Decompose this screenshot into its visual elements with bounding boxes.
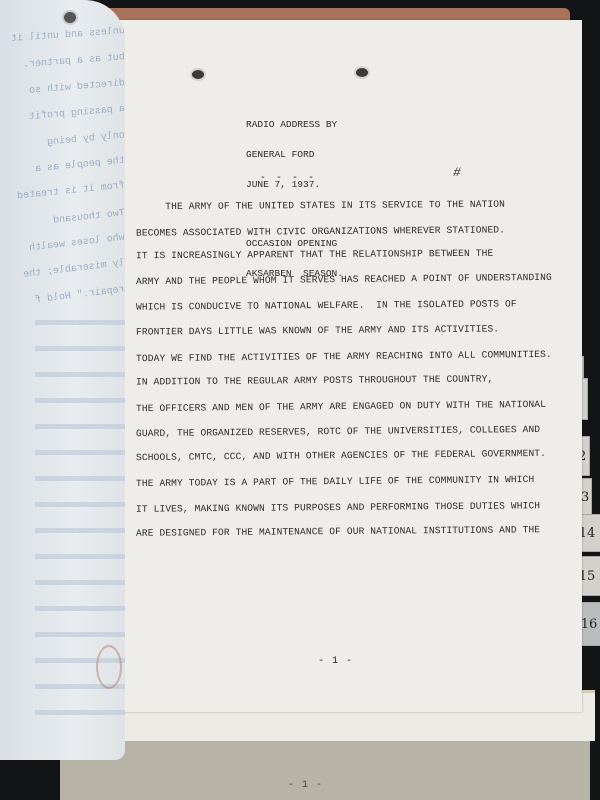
faded-text-line [35, 710, 125, 715]
faded-text-line [35, 580, 125, 585]
faded-text-line [35, 528, 125, 533]
punch-hole [62, 10, 78, 25]
faded-text-line [35, 424, 125, 429]
body-line: FRONTIER DAYS LITTLE WAS KNOWN OF THE AR… [136, 323, 499, 337]
page-number: - 1 - [318, 656, 353, 667]
mirrored-text-line: Two thousand [53, 208, 125, 227]
header-line: RADIO ADDRESS BY [246, 120, 343, 130]
mirrored-text-line: the people as a [35, 156, 125, 176]
faded-text-line [35, 476, 125, 481]
faded-text-line [35, 398, 125, 403]
body-line: ARE DESIGNED FOR THE MAINTENANCE OF OUR … [136, 524, 540, 539]
mirrored-text-line: unless and until it [11, 26, 125, 45]
red-stamp-mark [96, 645, 122, 689]
body-line: THE ARMY OF THE UNITED STATES IN ITS SER… [136, 199, 505, 213]
mirrored-text-line: who loses wealth [29, 233, 125, 255]
body-line: THE OFFICERS AND MEN OF THE ARMY ARE ENG… [136, 399, 546, 414]
body-line: ARMY AND THE PEOPLE WHOM IT SERVES HAS R… [136, 272, 552, 287]
faded-text-line [35, 450, 125, 455]
mirrored-text-line: repair." Hold f [35, 285, 125, 307]
mirrored-text-line: directed with so [29, 78, 125, 97]
header-line: GENERAL FORD [246, 150, 343, 160]
mirrored-text-line: ly miserable; the [23, 258, 125, 281]
body-line: TODAY WE FIND THE ACTIVITIES OF THE ARMY… [136, 349, 552, 364]
body-line: WHICH IS CONDUCIVE TO NATIONAL WELFARE. … [136, 298, 517, 312]
mirrored-text-line: from it is treated [17, 181, 125, 203]
faded-text-line [35, 554, 125, 559]
typed-page: RADIO ADDRESS BY GENERAL FORD JUNE 7, 19… [108, 20, 582, 712]
body-line: IT LIVES, MAKING KNOWN ITS PURPOSES AND … [136, 500, 540, 515]
margin-mark: # [453, 165, 461, 180]
punch-hole [190, 68, 206, 81]
body-line: SCHOOLS, CMTC, CCC, AND WITH OTHER AGENC… [136, 448, 546, 463]
faded-text-line [35, 372, 125, 377]
mirrored-text-line: a passing profit [29, 104, 125, 123]
punch-hole [354, 66, 370, 79]
mirrored-text-line: only by being [47, 130, 125, 148]
body-line: GUARD, THE ORGANIZED RESERVES, ROTC OF T… [136, 424, 540, 439]
separator: - - - - [260, 173, 316, 184]
body-line: IT IS INCREASINGLY APPARENT THAT THE REL… [136, 248, 493, 261]
mirrored-text-line: but as a partner. [23, 52, 125, 71]
underlying-page-number: - 1 - [288, 780, 323, 791]
faded-text-line [35, 606, 125, 611]
body-line: THE ARMY TODAY IS A PART OF THE DAILY LI… [136, 474, 534, 489]
underlying-sheet [60, 740, 590, 800]
faded-text-line [35, 346, 125, 351]
faded-text-line [35, 502, 125, 507]
occasion-line: OCCASION OPENING [246, 239, 343, 249]
faded-text-line [35, 320, 125, 325]
body-line: BECOMES ASSOCIATED WITH CIVIC ORGANIZATI… [136, 224, 505, 238]
body-line: IN ADDITION TO THE REGULAR ARMY POSTS TH… [136, 373, 493, 387]
faded-text-line [35, 632, 125, 637]
